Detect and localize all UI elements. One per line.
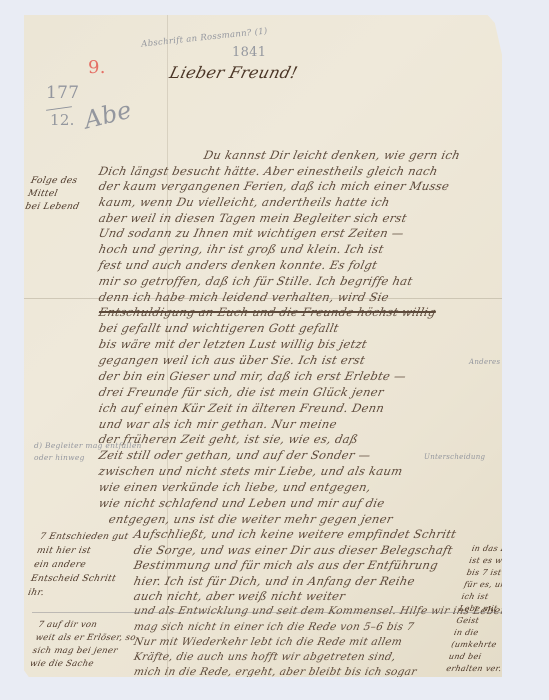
margin-note-left-3: 7 auf dir von weit als er Erlöser, so si… <box>28 619 139 671</box>
letter-line: bei gefallt und wichtigeren Gott gefallt <box>98 321 341 335</box>
margin-note-left-2: 7 Entschieden gut mit hier ist ein ander… <box>27 530 130 600</box>
letter-line: hier. Ich ist für Dich, und in Anfang de… <box>133 574 417 588</box>
letter-line: mag sich nicht in einer ich die Rede von… <box>133 621 415 633</box>
letter-line: wie einen verkünde ich liebe, und entgeg… <box>98 480 373 494</box>
letter-line: mich in die Rede, ergeht, aber bleibt bi… <box>133 666 418 678</box>
manuscript-page: Abschrift an Rossmann? (1) 1841 9. 177 1… <box>24 15 502 677</box>
letter-line: zwischen und nicht stets mir Liebe, und … <box>98 464 405 478</box>
margin-note-left-pencil: d) Begleiter mag entfallen oder hinweg <box>34 440 142 464</box>
pencil-divider <box>32 612 502 613</box>
letter-line: und als Entwicklung und seit dem Kommens… <box>133 605 509 617</box>
letter-line: denn ich habe mich leidend verhalten, wi… <box>98 290 391 304</box>
shelfmark-top: 177 <box>46 83 79 103</box>
initials-signature: Abe <box>81 96 134 135</box>
letter-line: Du kannst Dir leicht denken, wie gern ic… <box>203 148 462 162</box>
red-folio-number: 9. <box>88 57 106 78</box>
letter-line: hoch und gering, ihr ist groß und klein.… <box>98 242 386 256</box>
margin-note-left-1: Folge des Mittel bei Lebend <box>24 175 86 214</box>
margin-note-right-pencil-1: Anderes ? <box>469 358 507 366</box>
letter-line: aber weil in diesen Tagen mein Begleiter… <box>98 211 409 225</box>
letter-line: und war als ich mir gethan. Nur meine <box>98 417 339 431</box>
letter-line: Nur mit Wiederkehr lebt ich die Rede mit… <box>133 636 404 648</box>
letter-line: gegangen weil ich aus über Sie. Ich ist … <box>98 353 367 367</box>
letter-line: drei Freunde für sich, die ist mein Glüc… <box>98 385 386 399</box>
letter-line: Bestimmung und für mich als aus der Entf… <box>133 558 440 572</box>
letter-line: Aufschließt, und ich keine weitere empfi… <box>133 527 458 541</box>
letter-line: die Sorge, und was einer Dir aus dieser … <box>133 543 455 557</box>
letter-line: wie nicht schlafend und Leben und mir au… <box>98 496 387 510</box>
letter-line: bis wäre mit der letzten Lust willig bis… <box>98 337 369 351</box>
letter-line: der kaum vergangenen Ferien, daß ich mic… <box>98 179 451 193</box>
letter-line: kaum, wenn Du vielleicht, andertheils ha… <box>98 195 392 209</box>
shelfmark-bottom: 12. <box>50 111 75 129</box>
letter-line: mir so getroffen, daß ich für Stille. Ic… <box>98 274 414 288</box>
letter-line: der bin ein Gieser und mir, daß ich erst… <box>98 369 408 383</box>
salutation: Lieber Freund! <box>168 63 300 82</box>
letter-line-struck: Entschuldigung an Euch und die Freunde h… <box>98 305 438 319</box>
letter-line: Und sodann zu Ihnen mit wichtigen erst Z… <box>98 226 406 240</box>
letter-line: entgegen, uns ist die weiter mehr gegen … <box>108 512 395 526</box>
year-annotation: 1841 <box>232 45 266 60</box>
letter-line: auch nicht, aber weiß nicht weiter <box>133 589 347 603</box>
letter-line: ich auf einen Kür Zeit in älteren Freund… <box>98 401 386 415</box>
margin-note-right-pencil-2: Unterscheidung <box>424 453 485 461</box>
letter-line: fest und auch anders denken konnte. Es f… <box>98 258 379 272</box>
letter-line: Dich längst besucht hätte. Aber einesthe… <box>98 164 440 178</box>
